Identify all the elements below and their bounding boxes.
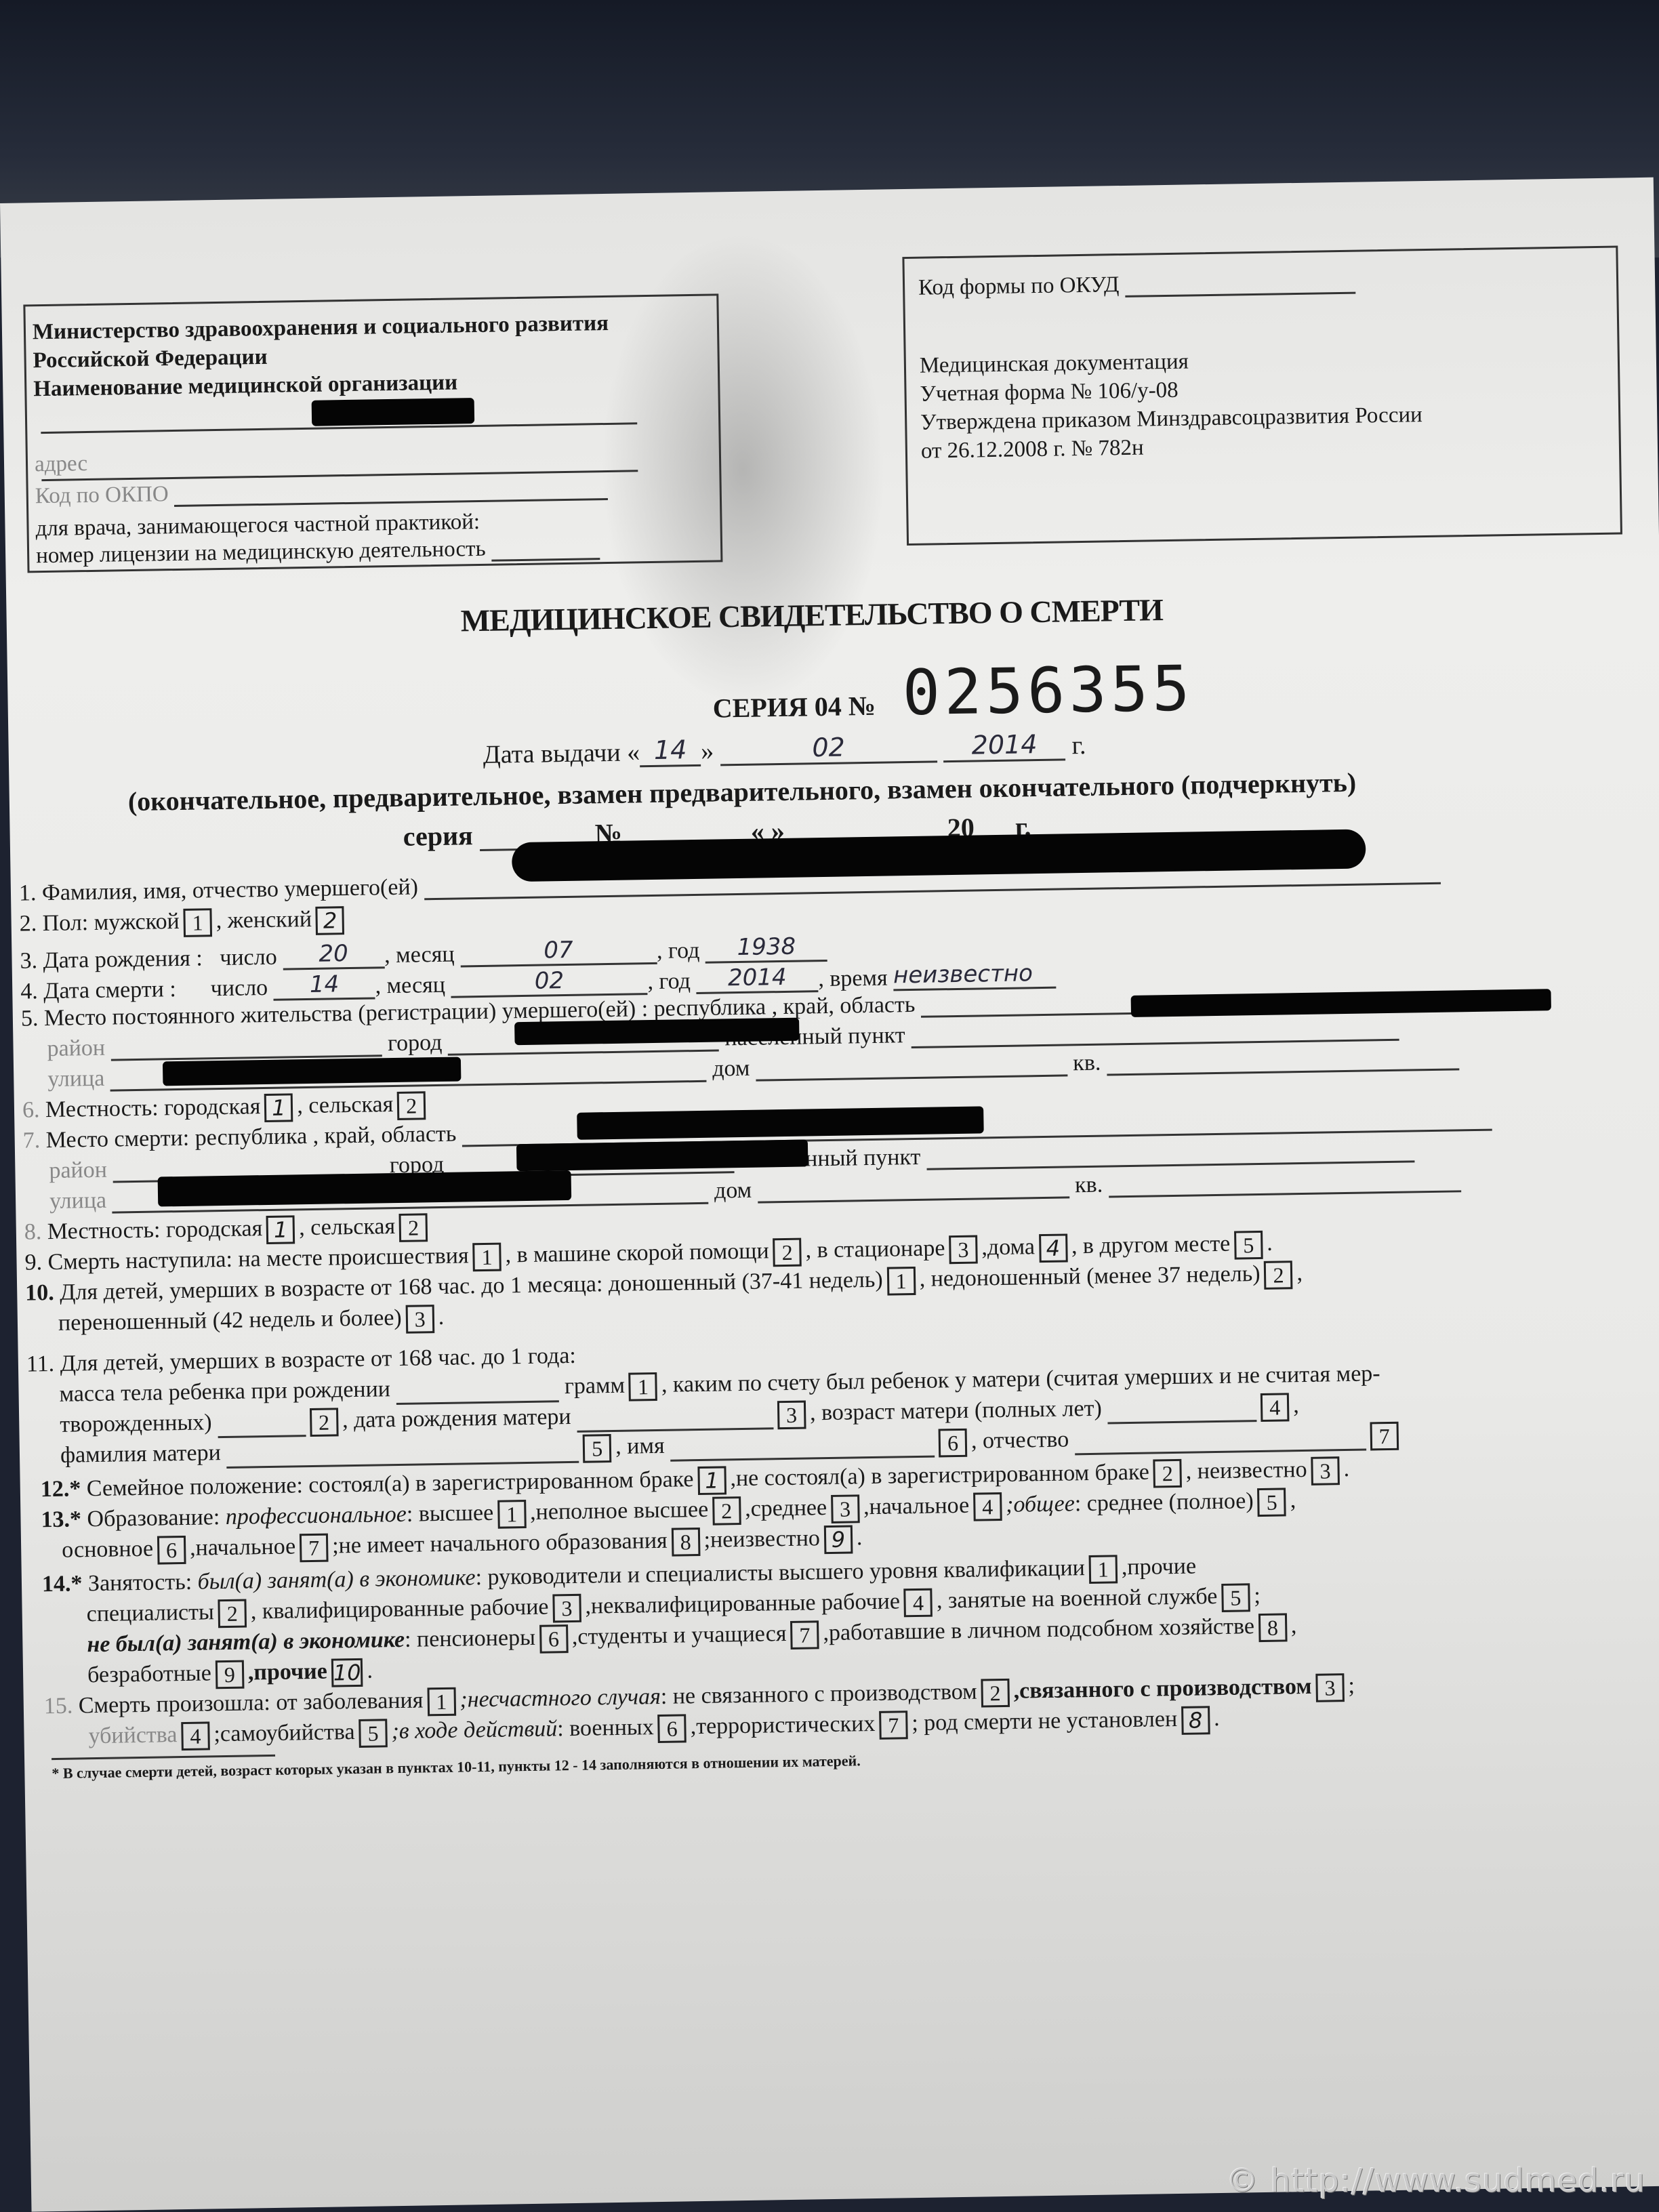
certificate-number: 0256355 [902, 652, 1194, 729]
item-6: 6. Местность: городская1, сельская2 [22, 1091, 430, 1126]
murder-label: убийства [88, 1722, 177, 1748]
checkbox-rural[interactable]: 2 [399, 1213, 428, 1242]
checkbox-cause-1[interactable]: 1 [427, 1687, 456, 1717]
item-number: 4. [20, 979, 38, 1004]
place-of-death-label: Место смерти: республика , край, область [45, 1122, 456, 1153]
unskilled-workers-label: ,неквалифицированные рабочие [585, 1589, 900, 1618]
checkbox-urban-checked[interactable]: 1 [266, 1216, 295, 1245]
item-14-row4: безработные9,прочие10. [87, 1658, 373, 1692]
page-title: МЕДИЦИНСКОЕ СВИДЕТЕЛЬСТВО О СМЕРТИ [460, 592, 1163, 638]
item-number: 9. [24, 1250, 42, 1275]
redacted-street [163, 1057, 462, 1086]
death-date-label: Дата смерти : [43, 977, 176, 1004]
mother-age-label: , возраст матери (полных лет) [810, 1396, 1102, 1426]
city-field[interactable] [448, 1049, 719, 1055]
watermark: © http://www.sudmed.ru [1226, 2162, 1645, 2200]
item-2: 2. Пол: мужской1, женский2 [19, 906, 348, 940]
year-suffix: г. [1071, 731, 1086, 760]
suicide-label: ;самоубийства [213, 1719, 355, 1746]
license-line [491, 558, 600, 562]
house-field[interactable] [756, 1074, 1067, 1081]
checkbox-emp-9[interactable]: 9 [216, 1660, 245, 1689]
infant-section-label: Для детей, умерших в возрасте от 168 час… [60, 1343, 576, 1376]
district-label: район [47, 1036, 105, 1061]
footnote-divider [52, 1755, 275, 1760]
checkbox-married-checked[interactable]: 1 [697, 1467, 726, 1496]
checkbox-edu-7[interactable]: 7 [300, 1534, 329, 1563]
edu-unknown-label: ;неизвестно [703, 1525, 820, 1553]
terrorist-label: ,террористических [690, 1711, 875, 1739]
pensioners-label: : пенсионеры [405, 1625, 535, 1652]
rural-label: , сельская [299, 1214, 395, 1240]
box-4[interactable]: 4 [1261, 1393, 1290, 1422]
checkbox-not-married[interactable]: 2 [1153, 1459, 1182, 1488]
checkbox-full-term[interactable]: 1 [886, 1267, 916, 1296]
employment-label: Занятость: [88, 1570, 192, 1596]
box-2[interactable]: 2 [310, 1408, 339, 1437]
checkbox-edu-2[interactable]: 2 [712, 1496, 741, 1525]
sex-label: Пол: мужской [42, 909, 180, 936]
undetermined-label: ; род смерти не установлен [912, 1706, 1177, 1736]
ambulance-label: , в машине скорой помощи [505, 1238, 769, 1267]
okpo-line [174, 498, 608, 507]
rural-label: , сельская [297, 1092, 393, 1118]
checkbox-cause-3[interactable]: 3 [1315, 1673, 1345, 1702]
birth-order-label: , каким по счету был ребенок у матери (с… [661, 1361, 1380, 1397]
checkbox-edu-6[interactable]: 6 [157, 1536, 186, 1565]
home-label: ,дома [981, 1234, 1035, 1260]
checkbox-edu-unknown-checked[interactable]: 9 [824, 1525, 853, 1555]
org-name-label: Наименование медицинской организации [33, 370, 457, 402]
checkbox-cause-undetermined-checked[interactable]: 8 [1181, 1706, 1210, 1735]
locality-label: Местность: городская [45, 1094, 261, 1122]
form-number: Учетная форма № 106/у-08 [920, 378, 1179, 407]
mother-patronymic-label: , отчество [971, 1427, 1069, 1453]
birth-order-cont: творожденных) [60, 1410, 212, 1437]
checkbox-emp-2[interactable]: 2 [218, 1599, 247, 1629]
mother-surname-label: фамилия матери [60, 1440, 221, 1468]
birth-day-field[interactable]: 20 [283, 939, 385, 970]
issue-day-field[interactable]: 14 [640, 735, 701, 767]
checkbox-emp-6[interactable]: 6 [539, 1624, 569, 1654]
item-number: 8. [24, 1219, 42, 1244]
okud-line [1125, 292, 1355, 298]
checkbox-emp-8[interactable]: 8 [1258, 1614, 1288, 1643]
apt-field[interactable] [1107, 1068, 1459, 1076]
checkbox-marital-unknown[interactable]: 3 [1311, 1456, 1340, 1486]
mother-patronymic-field[interactable] [1075, 1449, 1366, 1456]
checkbox-accident-scene[interactable]: 1 [472, 1243, 501, 1272]
full-name-label: Фамилия, имя, отчество умершего(ей) [42, 874, 419, 905]
checkbox-emp-10-checked[interactable]: 10 [331, 1658, 363, 1687]
apt-label: кв. [1075, 1172, 1103, 1198]
birth-mass-label: масса тела ребенка при рождении [59, 1376, 390, 1407]
checkbox-rural[interactable]: 2 [397, 1092, 426, 1121]
mother-name-field[interactable] [670, 1456, 935, 1462]
checkbox-emp-5[interactable]: 5 [1221, 1583, 1250, 1612]
item-number: 7. [22, 1128, 40, 1153]
ministry-line1: Министерство здравоохранения и социально… [33, 311, 609, 345]
higher-label: : высшее [407, 1500, 494, 1527]
other-place-label: , в другом месте [1071, 1231, 1231, 1259]
item-number: 6. [22, 1097, 40, 1122]
gram-label: грамм [565, 1373, 626, 1399]
issue-year-field[interactable]: 2014 [943, 729, 1066, 762]
checkbox-emp-3[interactable]: 3 [552, 1594, 581, 1623]
military-label: , занятые на военной службе [937, 1584, 1218, 1614]
secondary-label: ,среднее [745, 1495, 827, 1521]
order-ref: от 26.12.2008 г. № 782н [921, 436, 1144, 464]
military-actions-label: : военных [557, 1715, 654, 1741]
certificate-type-options: (окончательное, предварительное, взамен … [128, 766, 1357, 817]
hostilities-label: ;в ходе действий [391, 1716, 557, 1744]
work-related-label: ,связанного с производством [1013, 1674, 1311, 1704]
disease-label: Смерть произошла: от заболевания [79, 1687, 424, 1718]
apt-label: кв. [1073, 1050, 1101, 1076]
item-number: 1. [19, 880, 37, 905]
jobless-label: безработные [87, 1660, 211, 1687]
locality-label: Местность: городская [47, 1216, 263, 1244]
checkbox-cause-6[interactable]: 6 [657, 1715, 687, 1744]
accident-label: ;несчастного случая [459, 1684, 661, 1713]
street-label: улица [47, 1066, 105, 1092]
other-label: ,прочие [1122, 1554, 1197, 1580]
mother-dob-label: , дата рождения матери [342, 1404, 571, 1433]
house-label: дом [712, 1056, 750, 1082]
checkbox-post-term[interactable]: 3 [405, 1305, 434, 1334]
death-month-field[interactable]: 02 [451, 966, 648, 998]
item-number: 11. [26, 1351, 55, 1377]
managers-label: : руководители и специалисты высшего уро… [475, 1555, 1085, 1590]
mother-name-label: , имя [615, 1433, 665, 1459]
primary-label: ,начальное [863, 1493, 970, 1519]
birth-order-field[interactable] [218, 1435, 306, 1438]
license-label: номер лицензии на медицинскую деятельнос… [36, 537, 486, 568]
box-6[interactable]: 6 [939, 1429, 968, 1458]
ministry-line2: Российской Федерации [33, 345, 267, 373]
apt-field[interactable] [1109, 1190, 1461, 1197]
general-label: ;общее [1006, 1491, 1075, 1517]
checkbox-edu-4[interactable]: 4 [973, 1492, 1002, 1521]
checkbox-cause-4[interactable]: 4 [181, 1722, 210, 1751]
month-label: , месяц [375, 972, 445, 999]
issue-month-field[interactable]: 02 [720, 731, 937, 766]
not-married-label: ,не состоял(а) в зарегистрированном брак… [730, 1460, 1149, 1492]
checkbox-ambulance[interactable]: 2 [773, 1238, 802, 1267]
checkbox-urban-checked[interactable]: 1 [264, 1094, 293, 1123]
day-label: число [220, 945, 277, 970]
box-1[interactable]: 1 [629, 1372, 658, 1401]
year-label: , год [647, 968, 691, 994]
checkbox-edu-1[interactable]: 1 [497, 1500, 527, 1529]
redacted-death-city [516, 1139, 808, 1171]
marital-unknown-label: , неизвестно [1185, 1457, 1307, 1484]
checkbox-female-checked[interactable]: 2 [316, 906, 345, 935]
item-number: 13.* [41, 1507, 81, 1532]
checkbox-cause-7[interactable]: 7 [879, 1711, 908, 1740]
checkbox-emp-7[interactable]: 7 [790, 1620, 819, 1650]
organization-box: Министерство здравоохранения и социально… [23, 293, 722, 573]
street-label: улица [49, 1188, 107, 1214]
checkbox-male[interactable]: 1 [183, 908, 212, 937]
item-number: 5. [21, 1006, 39, 1031]
checkbox-emp-4[interactable]: 4 [904, 1589, 933, 1618]
skilled-workers-label: , квалифицированные рабочие [251, 1595, 549, 1624]
checkbox-edu-3[interactable]: 3 [831, 1495, 860, 1524]
item-number: 3. [20, 948, 37, 973]
serial-label: СЕРИЯ 04 № [712, 691, 876, 724]
birth-date-label: Дата рождения : [43, 945, 203, 973]
checkbox-premature[interactable]: 2 [1264, 1261, 1293, 1290]
checkbox-edu-5[interactable]: 5 [1257, 1488, 1286, 1517]
death-time-field[interactable]: неизвестно [893, 960, 1057, 991]
employed-label: был(а) занят(а) в экономике [197, 1565, 476, 1594]
post-term-label: переношенный (42 недель и более) [58, 1305, 402, 1336]
primary-general-label: ,начальное [190, 1534, 296, 1560]
item-8: 8. Местность: городская1, сельская2 [24, 1213, 432, 1248]
birth-month-field[interactable]: 07 [460, 935, 657, 968]
checkbox-home-checked[interactable]: 4 [1039, 1234, 1068, 1263]
birth-year-field[interactable]: 1938 [705, 933, 828, 964]
district-label: район [49, 1158, 107, 1183]
time-label: , время [818, 966, 888, 992]
hospital-label: , в стационаре [805, 1235, 945, 1263]
checkbox-cause-5[interactable]: 5 [359, 1719, 388, 1748]
death-certificate-form: Министерство здравоохранения и социально… [0, 178, 1659, 2212]
checkbox-edu-8[interactable]: 8 [671, 1528, 700, 1557]
form-code-box: Код формы по ОКУД Медицинская документац… [902, 246, 1622, 546]
item-number: 15. [44, 1694, 73, 1719]
professional-label: профессиональное [226, 1502, 407, 1530]
checkbox-cause-2[interactable]: 2 [981, 1679, 1010, 1708]
death-occurred-label: Смерть наступила: на месте происшествия [47, 1243, 469, 1275]
address-label: адрес [35, 451, 88, 477]
item-11: 11. Для детей, умерших в возрасте от 168… [26, 1343, 576, 1378]
household-label: ,работавшие в личном подсобном хозяйстве [823, 1614, 1254, 1645]
students-label: ,студенты и учащиеся [572, 1621, 787, 1650]
box-7[interactable]: 7 [1370, 1422, 1399, 1451]
box-5[interactable]: 5 [583, 1434, 612, 1463]
approved-by: Утверждена приказом Минздравсоцразвития … [920, 403, 1422, 436]
serial-number: СЕРИЯ 04 № 0256355 [712, 652, 1195, 732]
mother-surname-field[interactable] [227, 1461, 579, 1469]
item-10-cont: переношенный (42 недель и более)3. [58, 1305, 445, 1339]
private-practice-label: для врача, занимающегося частной практик… [35, 510, 480, 541]
item-number: 14.* [42, 1571, 83, 1597]
city-label: город [388, 1030, 443, 1056]
death-day-field[interactable]: 14 [273, 970, 375, 1000]
death-year-field[interactable]: 2014 [696, 963, 819, 994]
day-label: число [210, 975, 268, 1001]
item-number: 12.* [41, 1476, 81, 1502]
incomplete-higher-label: ,неполное высшее [530, 1497, 709, 1525]
okud-label: Код формы по ОКУД [918, 272, 1120, 300]
doc-type: Медицинская документация [920, 349, 1189, 378]
premature-label: , недоношенный (менее 37 недель) [919, 1261, 1260, 1292]
full-secondary-label: : среднее (полное) [1074, 1488, 1253, 1516]
female-label: , женский [216, 907, 312, 933]
house-field[interactable] [758, 1196, 1069, 1203]
house-label: дом [714, 1178, 752, 1204]
unemployed-label: не был(а) занят(а) в экономике [87, 1627, 405, 1657]
married-label: Семейное положение: состоял(а) в зарегис… [87, 1467, 694, 1501]
box-3[interactable]: 3 [777, 1401, 806, 1430]
checkbox-emp-1[interactable]: 1 [1089, 1555, 1118, 1584]
year-label: , год [657, 938, 700, 964]
checkbox-other-place[interactable]: 5 [1234, 1231, 1263, 1260]
item-number: 10. [25, 1280, 54, 1306]
redacted-city [514, 1018, 799, 1046]
basic-label: основное [62, 1536, 153, 1563]
full-name-field[interactable] [424, 882, 1441, 901]
no-education-label: ;не имеет начального образования [332, 1528, 668, 1559]
month-label: , месяц [384, 942, 455, 968]
specialists-label: специалисты [86, 1599, 214, 1626]
item-number: 2. [19, 911, 37, 936]
other-unemployed-label: ,прочие [248, 1659, 328, 1685]
checkbox-hospital[interactable]: 3 [949, 1235, 978, 1265]
okpo-label: Код по ОКПО [35, 482, 169, 508]
issue-date-label: Дата выдачи [483, 739, 621, 769]
redacted-org-name [312, 398, 475, 426]
non-work-label: : не связанного с производством [661, 1679, 977, 1709]
issue-date: Дата выдачи «14» 02 2014 г. [483, 729, 1086, 770]
seria-label: серия [403, 820, 473, 852]
education-label: Образование: [87, 1504, 220, 1532]
